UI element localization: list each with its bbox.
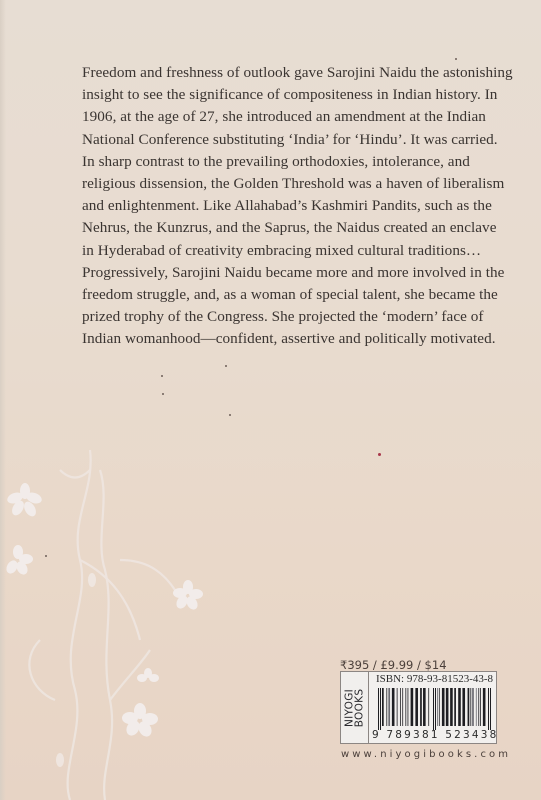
blurb-line: Nehrus, the Kunzrus, and the Saprus, the… [82,217,466,239]
speck [225,365,227,367]
blurb-line: insight to see the significance of compo… [82,84,466,106]
speck [378,453,381,456]
speck [162,393,164,395]
speck [161,375,163,377]
blurb-line: in Hyderabad of creativity embracing mix… [82,240,466,262]
speck [229,414,231,416]
logo-line-2: BOOKS [355,688,365,727]
blurb-line: Progressively, Sarojini Naidu became mor… [82,262,466,284]
blurb-line: freedom struggle, and, as a woman of spe… [82,284,466,306]
publisher-website: www.niyogibooks.com [341,749,511,760]
blurb-text: Freedom and freshness of outlook gave Sa… [82,62,466,351]
isbn-label: ISBN: 978-93-81523-43-8 [376,673,493,685]
speck [455,58,457,60]
blurb-line: religious dissension, the Golden Thresho… [82,173,466,195]
publisher-logo-text: NIYOGI BOOKS [345,688,365,727]
barcode-digits: 9 789381 523438 [372,729,496,741]
blurb-line: and enlightenment. Like Allahabad’s Kash… [82,195,466,217]
barcode-block: NIYOGI BOOKS ISBN: 978-93-81523-43-8 9 7… [340,671,497,744]
blurb-line: Freedom and freshness of outlook gave Sa… [82,62,466,84]
cover-left-edge [0,0,6,800]
blurb-line: National Conference substituting ‘India’… [82,129,466,151]
flower-icons [4,483,203,767]
barcode-icon [378,688,492,730]
speck [45,555,47,557]
blurb-line: prized trophy of the Congress. She proje… [82,306,466,328]
blurb-line: Indian womanhood—confident, assertive an… [82,328,466,350]
price-label: ₹395 / £9.99 / $14 [340,658,447,672]
publisher-logo: NIYOGI BOOKS [341,672,369,743]
blurb-line: In sharp contrast to the prevailing orth… [82,151,466,173]
blurb-line: 1906, at the age of 27, she introduced a… [82,106,466,128]
